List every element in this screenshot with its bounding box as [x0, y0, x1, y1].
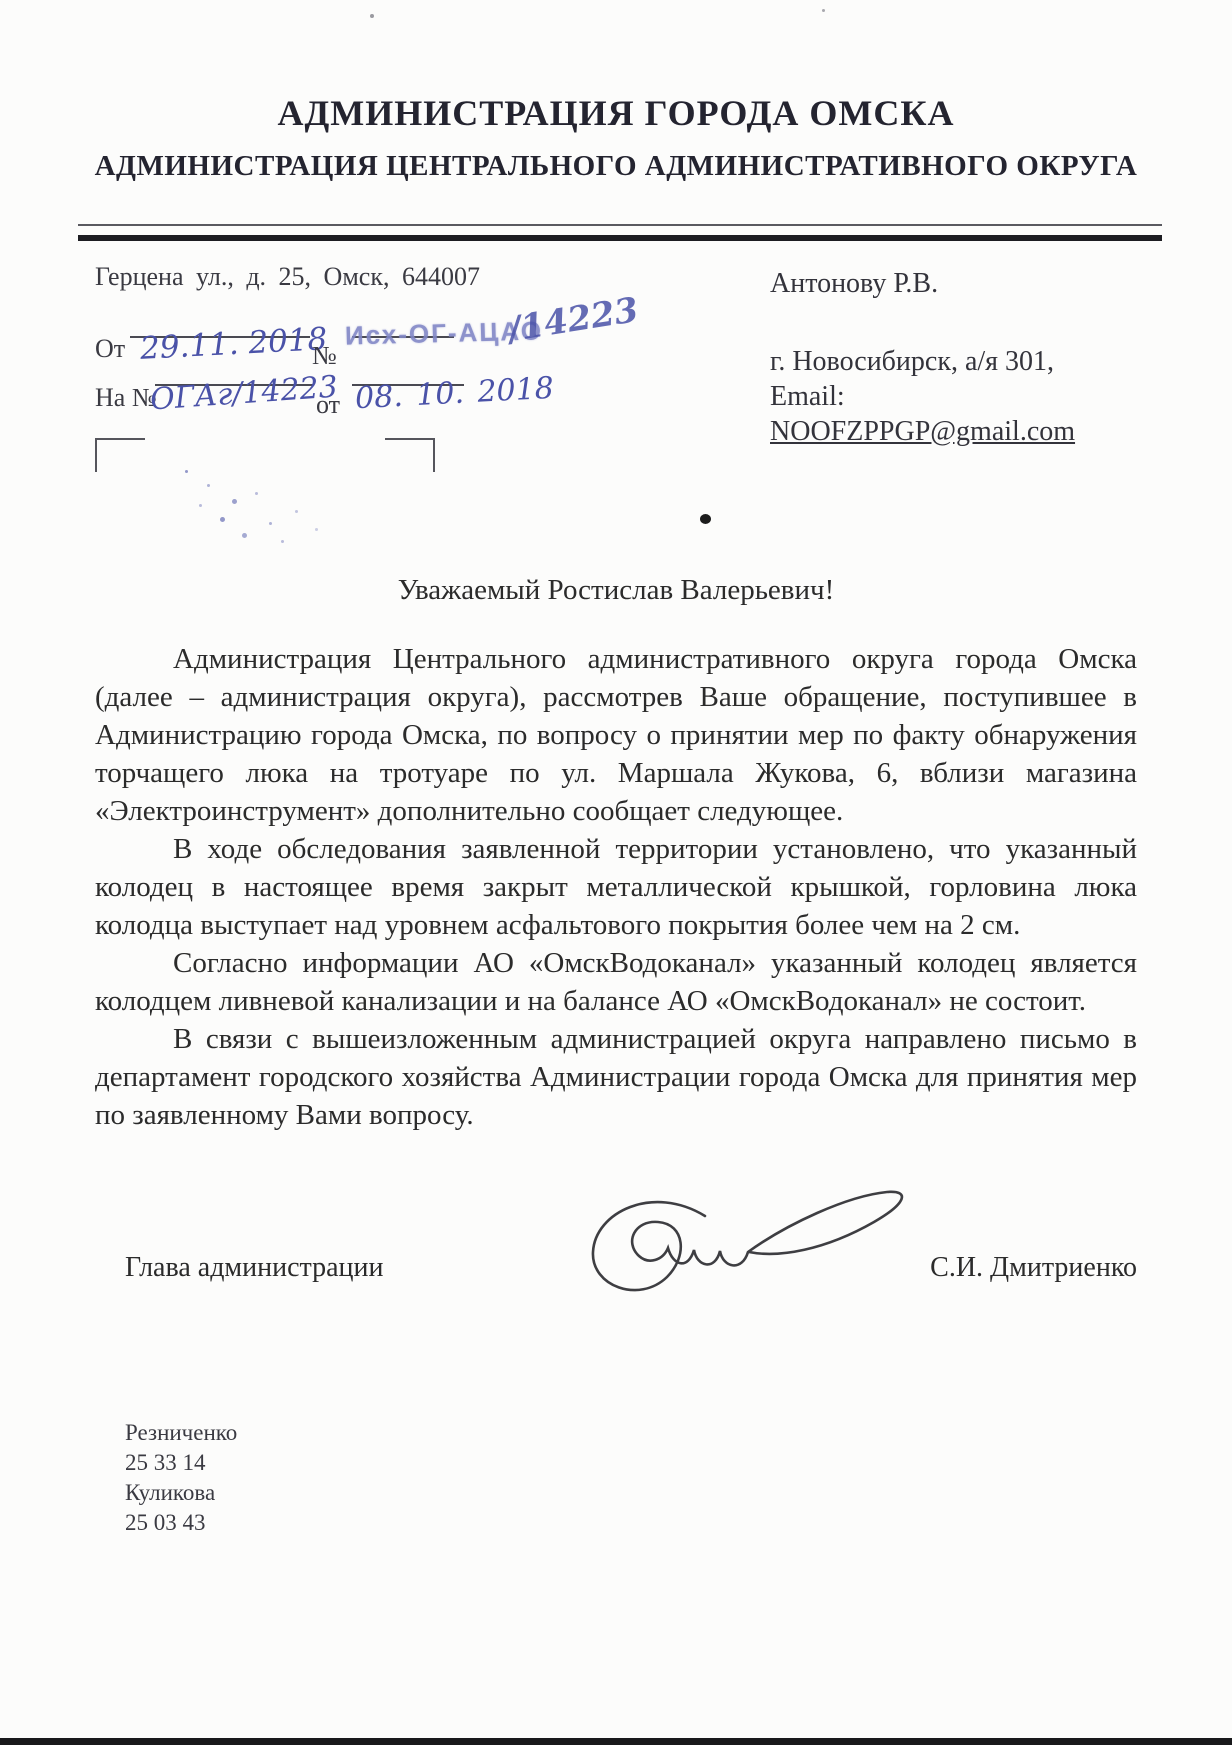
letterhead-rule-thick — [78, 235, 1162, 241]
scan-edge-artifact — [0, 1738, 1232, 1745]
executor-2-phone: 25 03 43 — [125, 1508, 237, 1538]
from-date-handwritten: 29.11. 2018 — [139, 321, 328, 367]
executor-1-phone: 25 33 14 — [125, 1448, 237, 1478]
outgoing-number-label: № — [312, 341, 337, 371]
recipient-name: Антонову Р.В. — [770, 268, 1075, 300]
executor-1-name: Резниченко — [125, 1418, 237, 1448]
body-paragraph-4: В связи с вышеизложенным администрацией … — [95, 1020, 1137, 1134]
executors-block: Резниченко 25 33 14 Куликова 25 03 43 — [125, 1418, 237, 1538]
address-corner-mark-left — [95, 438, 145, 472]
outgoing-number-handwritten: /14223 — [506, 290, 641, 350]
recipient-email: NOOFZPPGP@gmail.com — [770, 414, 1075, 449]
signature-autograph — [555, 1182, 935, 1317]
reply-date-label: от — [316, 390, 340, 420]
letterhead-rule-thin — [78, 224, 1162, 226]
body-paragraph-2: В ходе обследования заявленной территори… — [95, 830, 1137, 944]
body-paragraph-3: Согласно информации АО «ОмскВодоканал» у… — [95, 944, 1137, 1020]
scan-speck — [370, 14, 374, 18]
scan-speck — [822, 9, 825, 12]
recipient-email-label: Email: — [770, 379, 1075, 414]
letterhead-org-secondary: АДМИНИСТРАЦИЯ ЦЕНТРАЛЬНОГО АДМИНИСТРАТИВ… — [0, 150, 1232, 183]
address-corner-mark-right — [385, 438, 435, 472]
reply-number-handwritten: ОГАг/14223 — [149, 369, 339, 417]
letter-body: Администрация Центрального административ… — [95, 640, 1137, 1134]
ink-blot-dot — [700, 514, 711, 524]
from-date-label: От — [95, 334, 125, 364]
salutation: Уважаемый Ростислав Валерьевич! — [95, 574, 1137, 607]
reply-number-label: На № — [95, 383, 157, 413]
signature-stroke — [555, 1182, 935, 1312]
recipient-block: Антонову Р.В. г. Новосибирск, а/я 301, E… — [770, 268, 1075, 449]
signatory-position: Глава администрации — [125, 1252, 384, 1284]
signatory-name: С.И. Дмитриенко — [930, 1252, 1137, 1284]
recipient-address: г. Новосибирск, а/я 301, — [770, 344, 1075, 379]
executor-2-name: Куликова — [125, 1478, 237, 1508]
body-paragraph-1: Администрация Центрального административ… — [95, 640, 1137, 830]
scanned-letter-page: АДМИНИСТРАЦИЯ ГОРОДА ОМСКА АДМИНИСТРАЦИЯ… — [0, 0, 1232, 1745]
sender-address: Герцена ул., д. 25, Омск, 644007 — [95, 262, 480, 292]
letterhead-org-primary: АДМИНИСТРАЦИЯ ГОРОДА ОМСКА — [0, 92, 1232, 134]
blue-ink-speckles — [185, 470, 188, 473]
reply-date-handwritten: 08. 10. 2018 — [354, 371, 554, 416]
